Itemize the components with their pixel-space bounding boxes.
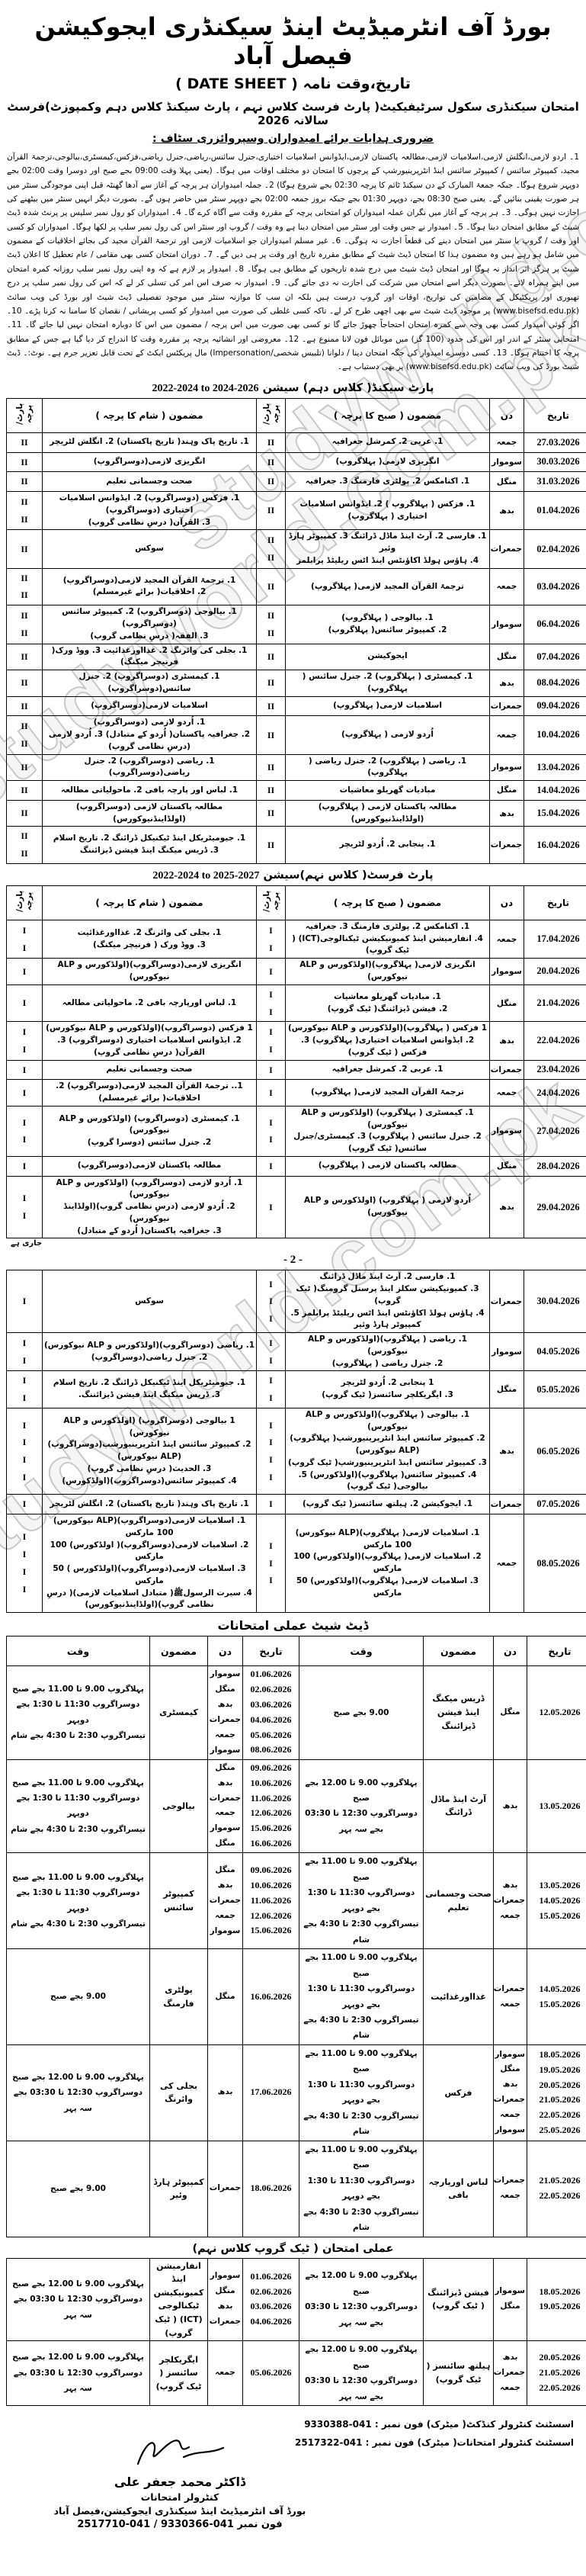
subject-cell: فزکس: [424, 2044, 494, 2141]
day-cell: منگلبدھجمعراتجمعہسوموارمنگل: [208, 1759, 243, 1853]
exam-row: 02.04.2026جمعرات1. فارسی 2. آرٹ اینڈ ماڈ…: [7, 530, 586, 568]
header-subject: مضمون: [424, 1636, 494, 1666]
evening-subject-cell: 1. کیمسٹری (دوسراگروپ) 2. جنرل سائنس(دوس…: [43, 670, 257, 697]
morning-part-cell: I: [257, 1156, 286, 1176]
day-cell: جمعرات: [490, 1495, 524, 1514]
evening-subject-cell: اسلامیات لازمی(دوسراگروپ): [43, 696, 257, 716]
evening-subject-cell: 1. اُردو لازمی (دوسراگروپ)2. جغرافیہ پاک…: [43, 716, 257, 754]
day-cell: منگل: [490, 1371, 524, 1408]
evening-subject-cell: مطالعہ پاکستان لازمی (دوسراگروپ)(اولڈاین…: [43, 800, 257, 827]
day-cell: منگل: [490, 1156, 524, 1176]
evening-part-cell: I: [7, 1060, 43, 1080]
date-cell: 22.04.2026: [524, 1022, 586, 1060]
morning-subject-cell: 1. کیمسٹری ( پہلاگروپ) (اولڈکورس و ALP ن…: [286, 1106, 490, 1156]
morning-subject-cell: 1 فزکس ( پہلاگروپ)(اولڈکورس و ALP نیوکور…: [286, 1022, 490, 1060]
class9-datesheet-table-page2: 30.04.2026جمعرات1. فارسی 2. آرٹ اینڈ ماڈ…: [6, 1270, 586, 1613]
evening-part-cell: II: [7, 1333, 43, 1371]
part2-title-session: 2022-2024 to 2024-2026: [152, 383, 259, 394]
date-cell: 20.05.202621.05.202622.05.2026: [527, 2341, 586, 2406]
morning-part-cell: IIII: [257, 530, 286, 568]
practical-datesheet-table: تاریخ دن مضمون وقت تاریخ دن مضمون وقت 12…: [6, 1636, 586, 2237]
part1-title-urdu: پارٹ فرسٹ( کلاس نہم)سیشن: [263, 869, 433, 882]
exam-row: 10.04.2026جمعہاُردو لازمی ( پہلاگروپ)II1…: [7, 716, 586, 754]
evening-part-cell: II: [7, 644, 43, 670]
day-cell: سوموارمنگلبدھجمعراتجمعہسوموار: [494, 2044, 527, 2141]
header-date: تاریخ: [524, 398, 586, 432]
evening-subject-cell: 1. لباس اورپارچہ بافی 2. ماحولیاتی مطالع…: [43, 984, 257, 1022]
date-cell: 21.05.202622.05.2026: [527, 2141, 586, 2237]
exam-row: 03.04.2026جمعہترجمۃ القرآن المجید لازمی(…: [7, 568, 586, 605]
evening-subject-cell: 1. کیمسٹری (دوسراگروپ) (اولڈکورس و ALP ن…: [43, 1106, 257, 1156]
exam-row: 30.03.2026سوموارانگریزی لازمی( پہلاگروپ)…: [7, 452, 586, 472]
day-cell: منگل: [494, 1666, 527, 1760]
exam-row: 07.05.2026جمعرات1. ایجوکیشن 2. ہیلتھ سائ…: [7, 1495, 586, 1514]
morning-part-cell: II: [257, 696, 286, 716]
instruction-item: 3۔ ہر پرچہ کے آغاز میں نگران عملہ امیدوا…: [184, 208, 511, 217]
evening-part-cell: II: [7, 472, 43, 492]
morning-part-cell: II: [257, 1371, 286, 1408]
evening-part-cell: II: [7, 1022, 43, 1060]
day-cell: سوموار: [490, 1106, 524, 1156]
morning-part-cell: II: [257, 1333, 286, 1371]
date-cell: 05.05.2026: [524, 1371, 586, 1408]
day-cell: منگل: [490, 984, 524, 1022]
day-cell: سوموار: [490, 452, 524, 472]
evening-subject-cell: انگریزی لازمی(دوسراگروپ): [43, 452, 257, 472]
date-cell: 21.04.2026: [524, 984, 586, 1022]
evening-subject-cell: صحت وجسمانی تعلیم: [43, 472, 257, 492]
date-cell: 05.06.2026: [243, 2341, 299, 2406]
day-cell: جمعہ: [490, 432, 524, 452]
day-cell: بدھ: [490, 492, 524, 530]
date-cell: 13.05.202614.05.202615.05.2026: [527, 1853, 586, 1949]
morning-subject-cell: مطالعہ پاکستان لازمی ( پہلاگروپ): [286, 1156, 490, 1176]
day-cell: جمعرات: [490, 827, 524, 864]
morning-part-cell: II: [257, 920, 286, 958]
evening-part-cell: IIII: [7, 1514, 43, 1613]
morning-subject-cell: 1. اسلامیات لازمی( پہلاگروپ)(ALP نیوکورس…: [286, 1514, 490, 1613]
exams-controller-line: اسسٹنٹ کنٹرولر امتحانات( میٹرک) فون نمبر…: [295, 2433, 574, 2452]
evening-subject-cell: 1. فزکس (دوسراگروپ) 2. ایڈوانس اسلامیات …: [43, 492, 257, 530]
controller-phone-lines: اسسٹنٹ کنٹرولر کنڈکٹ( میٹرک) فون نمبر : …: [295, 2415, 574, 2452]
evening-part-cell: II: [7, 1106, 43, 1156]
exam-row: 04.05.2026سوموار1. ریاضی ( پہلاگروپ)(اول…: [7, 1333, 586, 1371]
morning-subject-cell: مبادیات گھریلو معاشیات: [286, 781, 490, 801]
evening-subject-cell: 1. ترجمۃ القرآن المجید لازمی(دوسراگروپ)2…: [43, 568, 257, 605]
subject-cell: بیالوجی: [150, 1759, 208, 1853]
exam-row: 17.04.2026جمعہ1. اکنامکس 2. پولٹری فارمن…: [7, 920, 586, 958]
officer-phone: فون نمبر 041-9330366 / 041-2517710: [50, 2519, 309, 2530]
morning-subject-cell: 1. مبادیات گھریلو معاشیات2. فیشن ڈیزائنن…: [286, 984, 490, 1022]
evening-subject-cell: 1 بیالوجی (دوسراگروپ) (اولڈکورس و ALP نی…: [43, 1408, 257, 1494]
day-cell: بدھ: [490, 1022, 524, 1060]
morning-subject-cell: 1. اکنامکس 2. پولٹری فارمنگ 3. جغرافیہ: [286, 472, 490, 492]
header-part: پارٹ/پرچہ: [257, 885, 286, 920]
time-cell: پہلاگروپ 9.00 تا 12.00 بجے صبحدوسراگروپ …: [299, 1759, 424, 1853]
evening-subject-cell: مطالعہ پاکستان لازمی(دوسراگروپ): [43, 1156, 257, 1176]
day-cell: بدھ: [490, 1408, 524, 1494]
evening-part-cell: IIII: [7, 492, 43, 530]
morning-part-cell: II: [257, 754, 286, 781]
header-morning-subject: مضمون ( صبح کا پرچہ ): [286, 885, 490, 920]
evening-part-cell: IIII: [7, 827, 43, 864]
evening-subject-cell: 1. بجلی کی وائرنگ 2. غذااورغذائیت 3. ووڈ…: [43, 644, 257, 670]
subject-cell: فیشن ڈیزائننگ ( ٹیک گروپ): [424, 2258, 494, 2341]
day-cell: بدھجمعراتجمعہ: [494, 1853, 527, 1949]
morning-subject-cell: ایجوکیشن: [286, 644, 490, 670]
morning-part-cell: IIII: [257, 1408, 286, 1494]
evening-part-cell: IIII: [7, 605, 43, 644]
subject-cell: لباس اورپارچہ بافی: [424, 2141, 494, 2237]
signatory-block: ڈاکٹر محمد جعفر علی کنٹرولر امتحانات بور…: [50, 2433, 309, 2530]
morning-subject-cell: 1. بیالوجی ( پہلاگروپ)2. کمپیوٹر سائنس( …: [286, 605, 490, 644]
date-cell: 06.04.2026: [524, 605, 586, 644]
board-name: بورڈ آف انٹرمیڈیٹ اینڈ سیکنڈری ایجوکیشن …: [0, 0, 586, 71]
exam-row: 28.04.2026منگلمطالعہ پاکستان لازمی ( پہل…: [7, 1156, 586, 1176]
evening-subject-cell: 1. لباس اور پارچہ بافی 2. ماحولیاتی مطال…: [43, 781, 257, 801]
date-cell: 31.03.2026: [524, 472, 586, 492]
evening-part-cell: IIII: [7, 1408, 43, 1494]
morning-subject-cell: 1. فزکس ( پہلاگروپ ) 2. ایڈوانس اسلامیات…: [286, 492, 490, 530]
exam-row: 13.04.2026سوموار1. ریاضی ( پہلاگروپ) 2. …: [7, 754, 586, 781]
date-cell: 02.04.2026: [524, 530, 586, 568]
day-cell: جمعرات: [490, 696, 524, 716]
morning-part-cell: II: [257, 670, 286, 697]
date-cell: 14.04.2026: [524, 781, 586, 801]
header-part: پارٹ/پرچہ: [7, 885, 43, 920]
evening-subject-cell: 1. ریاضی (دوسراگروپ) 2. جنرل ریاضی(دوسرا…: [43, 754, 257, 781]
date-cell: 23.04.2026: [524, 1060, 586, 1080]
morning-subject-cell: اسلامیات لازمی( پہلاگروپ): [286, 696, 490, 716]
date-cell: 08.05.2026: [524, 1514, 586, 1613]
time-cell: پہلاگروپ 9.00 تا 11.00 بجے صبحدوسراگروپ …: [7, 1759, 150, 1853]
date-cell: 27.04.2026: [524, 1106, 586, 1156]
exam-row: 20.04.2026سوموارانگریزی لازمی( پہلاگروپ)…: [7, 959, 586, 985]
subject-cell: غذااورغذائیت: [424, 1949, 494, 2045]
datesheet-title: تاریخ،وقت نامہ ( DATE SHEET ): [0, 75, 586, 92]
evening-subject-cell: سوکس: [43, 1270, 257, 1333]
part2-table-title: پارٹ سیکنڈ( کلاس دہم) سیشن 2022-2024 to …: [0, 382, 586, 395]
exam-row: 14.04.2026منگلمبادیات گھریلو معاشیاتII1.…: [7, 781, 586, 801]
morning-subject-cell: 1. اکنامکس 2. پولٹری فارمنگ 3. جغرافیہ4.…: [286, 920, 490, 958]
exam-row: 07.04.2026منگلایجوکیشنII1. بجلی کی وائرن…: [7, 644, 586, 670]
morning-part-cell: II: [257, 644, 286, 670]
date-cell: 28.04.2026: [524, 1156, 586, 1176]
morning-subject-cell: 1 پنجابی 2. اُردو لٹریچر3. ایگریکلچر سائ…: [286, 1371, 490, 1408]
day-cell: منگلبدھجمعراتجمعہسوموار: [208, 1853, 243, 1949]
date-cell: 09.06.202610.06.202611.06.202612.06.2026…: [243, 1759, 299, 1853]
morning-part-cell: II: [257, 1022, 286, 1060]
header-time: وقت: [7, 1636, 150, 1666]
morning-subject-cell: 1. فارسی 2. آرٹ اینڈ ماڈل ڈرائنگ3. کمیون…: [286, 1270, 490, 1333]
datesheet-document: studyworld.com.pk studyworld.com.pk stud…: [0, 0, 586, 2571]
morning-subject-cell: 1. فارسی 2. آرٹ اینڈ ماڈل ڈرائنگ 3. کمپی…: [286, 530, 490, 568]
part1-table-title: پارٹ فرسٹ( کلاس نہم)سیشن 2022-2024 to 20…: [0, 869, 586, 882]
signature: [130, 2433, 229, 2473]
day-cell: منگل: [490, 781, 524, 801]
evening-part-cell: II: [7, 920, 43, 958]
exam-row: 01.04.2026بدھ1. فزکس ( پہلاگروپ ) 2. ایڈ…: [7, 492, 586, 530]
instruction-item: 13۔ کسی دوسرے امیدوار کی جگہ امتحان دینا…: [47, 348, 508, 358]
header-evening-subject: مضمون ( شام کا پرچہ ): [43, 885, 257, 920]
exam-row: 27.03.2026جمعہ1. عربی 2. کمرشل جغرافیہII…: [7, 432, 586, 452]
evening-part-cell: I: [7, 1495, 43, 1514]
date-cell: 27.03.2026: [524, 432, 586, 452]
evening-subject-cell: 1. بجلی کی وائرنگ 2. غذااورغذائیت3. ووڈ …: [43, 920, 257, 958]
evening-part-cell: I: [7, 984, 43, 1022]
morning-part-cell: IIII: [257, 605, 286, 644]
day-cell: سوموار: [490, 959, 524, 985]
date-cell: 16.06.2026: [243, 1949, 299, 2045]
evening-subject-cell: 1. اُردو لازمی (دوسراگروپ) (اولڈکورس و A…: [43, 1176, 257, 1238]
day-cell: منگل: [490, 644, 524, 670]
time-cell: پہلاگروپ 9.00 تا 12.00 بجے صبحدوسراگروپ …: [7, 2341, 150, 2406]
evening-subject-cell: 1. جیومیٹریکل اینڈ ٹیکنیکل ڈرائنگ 2. تار…: [43, 1371, 257, 1408]
day-cell: جمعہ: [208, 2341, 243, 2406]
officer-name: ڈاکٹر محمد جعفر علی: [50, 2475, 309, 2489]
date-cell: 14.05.202615.05.2026: [527, 1949, 586, 2045]
evening-subject-cell: 1. بیالوجی (دوسراگروپ) 2. کمپیوٹر سائنس …: [43, 605, 257, 644]
evening-part-cell: IIII: [7, 716, 43, 754]
evening-part-cell: II: [7, 1371, 43, 1408]
date-cell: 09.06.202610.06.202611.06.202612.06.2026…: [243, 1853, 299, 1949]
exam-title: امتحان سیکنڈری سکول سرٹیفیکیٹ( پارٹ فرسٹ…: [0, 100, 586, 127]
exam-row: 08.04.2026بدھ1. کیمسٹری ( پہلاگروپ) 2. ج…: [7, 670, 586, 697]
date-cell: 18.06.2026: [243, 2141, 299, 2237]
morning-subject-cell: 1. بیالوجی ( پہلاگروپ)(اولڈکورس و ALP نی…: [286, 1408, 490, 1494]
day-cell: جمعہ: [490, 568, 524, 605]
class10-datesheet-table: تاریخ دن مضمون ( صبح کا پرچہ ) پارٹ/پرچہ…: [6, 398, 586, 864]
practical-row: 14.05.202615.05.2026جمعراتجمعہغذااورغذائ…: [7, 1949, 586, 2045]
morning-subject-cell: ترجمۃ القرآن المجید لازمی( پہلاگروپ): [286, 568, 490, 605]
day-cell: جمعراتجمعہ: [494, 2141, 527, 2237]
day-cell: جمعراتجمعہ: [494, 1949, 527, 2045]
morning-part-cell: III: [257, 1514, 286, 1613]
morning-part-cell: II: [257, 1106, 286, 1156]
evening-subject-cell: 1.. ترجمۃ القرآن المجید لازمی(دوسراگروپ)…: [43, 1080, 257, 1107]
time-cell: پہلاگروپ 9.00 تا 12.00 بجے صبحدوسراگروپ …: [299, 2341, 424, 2406]
time-cell: پہلاگروپ 9.00 تا 11.00 بجے صبحدوسراگروپ …: [299, 2044, 424, 2141]
exam-row: 16.04.2026جمعرات1. پنجابی 2. اُردو لٹریچ…: [7, 827, 586, 864]
header-part: پارٹ/پرچہ: [7, 398, 43, 432]
morning-part-cell: II: [257, 432, 286, 452]
evening-part-cell: II: [7, 781, 43, 801]
date-cell: 16.04.2026: [524, 827, 586, 864]
subject-cell: پولٹری فارمنگ: [150, 1949, 208, 2045]
practical-row: 21.05.202622.05.2026جمعراتجمعہلباس اورپا…: [7, 2141, 586, 2237]
subject-cell: کمپیوٹر سائنس: [150, 1853, 208, 1949]
day-cell: جمعرات: [208, 2141, 243, 2237]
evening-part-cell: II: [7, 670, 43, 697]
practical-row: 18.05.202619.05.202620.05.202621.05.2026…: [7, 2044, 586, 2141]
evening-part-cell: II: [7, 530, 43, 568]
header-date: تاریخ: [527, 1636, 586, 1666]
day-cell: بدھ: [490, 800, 524, 827]
exam-row: 06.05.2026بدھ1. بیالوجی ( پہلاگروپ)(اولڈ…: [7, 1408, 586, 1494]
morning-subject-cell: مطالعہ پاکستان لازمی ( پہلاگروپ)(اولڈاین…: [286, 800, 490, 827]
date-cell: 12.05.2026: [527, 1666, 586, 1760]
date-cell: 13.05.2026: [527, 1759, 586, 1853]
day-cell: سوموارمنگل: [494, 2258, 527, 2341]
part1-title-session: 2022-2024 to 2025-2027: [152, 870, 259, 882]
header-date: تاریخ: [243, 1636, 299, 1666]
date-cell: 17.06.2026: [243, 2044, 299, 2141]
evening-part-cell: II: [7, 452, 43, 472]
date-cell: 01.04.2026: [524, 492, 586, 530]
day-cell: بدھ: [208, 2044, 243, 2141]
instructions-heading: ضروری ہدایات برائے امیدواران وسپروائزری …: [0, 133, 586, 145]
day-cell: جمعہ: [490, 1080, 524, 1107]
exam-row: 31.03.2026منگل1. اکنامکس 2. پولٹری فارمن…: [7, 472, 586, 492]
morning-part-cell: I: [257, 1080, 286, 1107]
time-cell: پہلاگروپ 9.00 تا 11.00 بجے صبحدوسراگروپ …: [299, 1853, 424, 1949]
continued-note: جاری ہے: [0, 1238, 586, 1248]
header-part: پارٹ/پرچہ: [257, 398, 286, 432]
morning-subject-cell: 1. ریاضی ( پہلاگروپ) 2. جنرل ریاضی ( پہل…: [286, 754, 490, 781]
table-header-row: تاریخ دن مضمون ( صبح کا پرچہ ) پارٹ/پرچہ…: [7, 398, 586, 432]
date-cell: 30.04.2026: [524, 1270, 586, 1333]
morning-part-cell: I: [257, 1176, 286, 1238]
day-cell: سوموار: [490, 605, 524, 644]
evening-part-cell: I: [7, 1270, 43, 1333]
time-cell: 9.00 بجے صبح: [7, 2141, 150, 2237]
page2-marker: - 2 -: [0, 1254, 586, 1267]
exam-row: 06.04.2026سوموار1. بیالوجی ( پہلاگروپ)2.…: [7, 605, 586, 644]
exam-row: 08.05.2026جمعہ1. اسلامیات لازمی( پہلاگرو…: [7, 1514, 586, 1613]
date-cell: 24.04.2026: [524, 1080, 586, 1107]
footer: اسسٹنٹ کنٹرولر کنڈکٹ( میٹرک) فون نمبر : …: [0, 2415, 586, 2571]
morning-subject-cell: 1. ریاضی ( پہلاگروپ)(اولڈکورس و ALP نیوک…: [286, 1333, 490, 1371]
class9-datesheet-table-page1: تاریخ دن مضمون ( صبح کا پرچہ ) پارٹ/پرچہ…: [6, 885, 586, 1238]
instructions-text: 1۔ اردو لازمی،انگلش لازمی،اسلامیات لازمی…: [0, 145, 586, 377]
date-cell: 07.04.2026: [524, 644, 586, 670]
header-day: دن: [490, 885, 524, 920]
time-cell: پہلاگروپ 9.00 تا 11.00 بجے صبحدوسراگروپ …: [7, 1666, 150, 1760]
morning-subject-cell: انگریزی لازمی( پہلاگروپ): [286, 452, 490, 472]
morning-part-cell: II: [257, 781, 286, 801]
tech-practical-table: 18.05.202619.05.2026سوموارمنگلفیشن ڈیزائ…: [6, 2258, 586, 2406]
morning-subject-cell: 1. پنجابی 2. اُردو لٹریچر: [286, 827, 490, 864]
time-cell: پہلاگروپ 9.00 تا 12.00 بجے صبحدوسراگروپ …: [299, 2258, 424, 2341]
part2-title-urdu: پارٹ سیکنڈ( کلاس دہم) سیشن: [263, 382, 434, 394]
evening-subject-cell: 1. تاریخ پاک وہند( تاریخ پاکستان) 2. انگ…: [43, 1495, 257, 1514]
practical-row: 13.05.2026بدھآرٹ اینڈ ماڈل ڈرائنگپہلاگرو…: [7, 1759, 586, 1853]
morning-subject-cell: 1. کیمسٹری ( پہلاگروپ) 2. جنرل سائنس ( پ…: [286, 670, 490, 697]
evening-subject-cell: 1. اسلامیات لازمی(دوسراگروپ)(ALP نیوکورس…: [43, 1514, 257, 1613]
morning-subject-cell: 1. عربی 2. کمرشل جغرافیہ: [286, 432, 490, 452]
exam-row: 09.04.2026جمعراتاسلامیات لازمی( پہلاگروپ…: [7, 696, 586, 716]
date-cell: 07.05.2026: [524, 1495, 586, 1514]
date-cell: 29.04.2026: [524, 1176, 586, 1238]
evening-subject-cell: 1. تاریخ پاک وہند( تاریخ پاکستان) 2. انگ…: [43, 432, 257, 452]
evening-part-cell: I: [7, 1156, 43, 1176]
evening-subject-cell: انگریزی لازمی(دوسراگروپ)(اولڈکورس و ALP …: [43, 959, 257, 985]
exam-row: 29.04.2026بدھاُردو لازمی ( پہلاگروپ) (او…: [7, 1176, 586, 1238]
exam-row: 30.04.2026جمعرات1. فارسی 2. آرٹ اینڈ ماڈ…: [7, 1270, 586, 1333]
day-cell: جمعہ: [490, 920, 524, 958]
evening-part-cell: II: [7, 1176, 43, 1238]
day-cell: جمعرات: [490, 1270, 524, 1333]
evening-subject-cell: 1. ریاضی (دوسراگروپ)(اولڈکورس و ALP نیوک…: [43, 1333, 257, 1371]
table-header-row: تاریخ دن مضمون وقت تاریخ دن مضمون وقت: [7, 1636, 586, 1666]
morning-part-cell: I: [257, 959, 286, 985]
date-cell: 06.05.2026: [524, 1408, 586, 1494]
morning-part-cell: II: [257, 452, 286, 472]
time-cell: پہلاگروپ 9.00 تا 11.00 بجے صبحدوسراگروپ …: [7, 1853, 150, 1949]
evening-part-cell: II: [7, 754, 43, 781]
morning-part-cell: II: [257, 472, 286, 492]
date-cell: 30.03.2026: [524, 452, 586, 472]
time-cell: 9.00 بجے صبح: [299, 1666, 424, 1760]
subject-cell: انفارمیشن اینڈ کمیونیکیشن ٹیکنالوجی (ICT…: [150, 2258, 208, 2341]
time-cell: 9.00 بجے صبح: [7, 1949, 150, 2045]
time-cell: پہلاگروپ 9.00 تا 12.00 بجے صبحدوسراگروپ …: [7, 2258, 150, 2341]
morning-subject-cell: اُردو لازمی ( پہلاگروپ) (اولڈکورس و ALP …: [286, 1176, 490, 1238]
date-cell: 18.05.202619.05.2026: [527, 2258, 586, 2341]
day-cell: منگل: [208, 1949, 243, 2045]
morning-part-cell: II: [257, 716, 286, 754]
morning-subject-cell: انگریزی لازمی( پہلاگروپ)(اولڈکورس و ALP …: [286, 959, 490, 985]
subject-cell: کمپیوٹر ہارڈ وئیر: [150, 2141, 208, 2237]
practical-row: 12.05.2026منگلڈریس میکنگ اینڈ فیشن ڈیزائ…: [7, 1666, 586, 1760]
date-cell: 13.04.2026: [524, 754, 586, 781]
table-header-row: تاریخ دن مضمون ( صبح کا پرچہ ) پارٹ/پرچہ…: [7, 885, 586, 920]
morning-subject-cell: 1. عربی 2. کمرشل جغرافیہ: [286, 1060, 490, 1080]
exam-row: 27.04.2026سوموار1. کیمسٹری ( پہلاگروپ) (…: [7, 1106, 586, 1156]
exam-row: 22.04.2026بدھ1 فزکس ( پہلاگروپ)(اولڈکورس…: [7, 1022, 586, 1060]
exam-row: 15.04.2026بدھمطالعہ پاکستان لازمی ( پہلا…: [7, 800, 586, 827]
morning-part-cell: II: [257, 568, 286, 605]
subject-cell: ایگریکلچر سائنسز ( ٹیک گروپ): [150, 2341, 208, 2406]
time-cell: پہلاگروپ 9.00 تا 11.00 بجے صبحدوسراگروپ …: [299, 2141, 424, 2237]
evening-subject-cell: 1 فزکس (دوسراگروپ)(اولڈکورس و ALP نیوکور…: [43, 1022, 257, 1060]
officer-organization: بورڈ آف انٹرمیڈیٹ اینڈ سیکنڈری ایجوکیشن،…: [50, 2505, 309, 2517]
header-day: دن: [494, 1636, 527, 1666]
morning-subject-cell: 1. ایجوکیشن 2. ہیلتھ سائنسز( ٹیک گروپ): [286, 1495, 490, 1514]
date-cell: 20.04.2026: [524, 959, 586, 985]
day-cell: بدھ: [490, 670, 524, 697]
date-cell: 09.04.2026: [524, 696, 586, 716]
exam-row: 24.04.2026جمعہترجمۃ القرآن المجید لازمی(…: [7, 1080, 586, 1107]
day-cell: منگل: [490, 472, 524, 492]
exam-row: 23.04.2026جمعرات1. عربی 2. کمرشل جغرافیہ…: [7, 1060, 586, 1080]
subject-cell: ڈریس میکنگ اینڈ فیشن ڈیزائننگ: [424, 1666, 494, 1760]
morning-part-cell: II: [257, 800, 286, 827]
practical-row: 20.05.202621.05.202622.05.2026بدھجمعراتج…: [7, 2341, 586, 2406]
exam-row: 05.05.2026منگل1 پنجابی 2. اُردو لٹریچر3.…: [7, 1371, 586, 1408]
day-cell: بدھجمعراتجمعہ: [494, 2341, 527, 2406]
header-date: تاریخ: [524, 885, 586, 920]
header-time: وقت: [299, 1636, 424, 1666]
exam-row: 21.04.2026منگل1. مبادیات گھریلو معاشیات2…: [7, 984, 586, 1022]
morning-part-cell: II: [257, 827, 286, 864]
date-cell: 01.06.202602.06.202603.06.202604.06.2026…: [243, 1666, 299, 1760]
evening-part-cell: I: [7, 959, 43, 985]
day-cell: سوموار: [490, 1333, 524, 1371]
evening-part-cell: II: [7, 800, 43, 827]
evening-subject-cell: سوکس: [43, 530, 257, 568]
header-evening-subject: مضمون ( شام کا پرچہ ): [43, 398, 257, 432]
practical-row: 13.05.202614.05.202615.05.2026بدھجمعراتج…: [7, 1853, 586, 1949]
header-morning-subject: مضمون ( صبح کا پرچہ ): [286, 398, 490, 432]
morning-part-cell: II: [257, 492, 286, 530]
date-cell: 18.05.202619.05.202620.05.202621.05.2026…: [527, 2044, 586, 2141]
time-cell: پہلاگروپ 9.00 تا 12.00 بجے صبحدوسراگروپ …: [7, 2044, 150, 2141]
morning-part-cell: II: [257, 984, 286, 1022]
day-cell: جمعرات: [490, 1060, 524, 1080]
practical-table-title: ڈیٹ شیٹ عملی امتحانات: [0, 1618, 586, 1633]
day-cell: جمعرات: [490, 530, 524, 568]
